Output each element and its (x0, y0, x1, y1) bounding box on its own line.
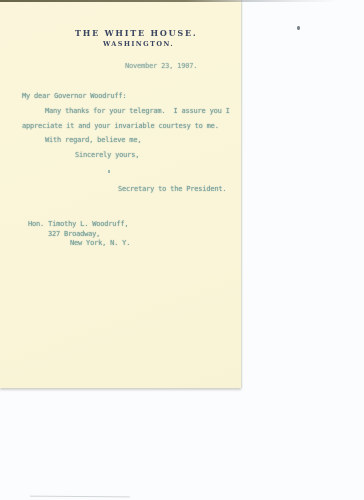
ink-mark (108, 170, 110, 173)
letter-paper (0, 0, 241, 388)
scanner-edge-artifact (0, 0, 338, 2)
letter-body-line: appreciate it and your invariable courte… (22, 122, 219, 130)
recipient-name: Hon. Timothy L. Woodruff, (28, 220, 128, 228)
scan-speck (297, 26, 300, 30)
recipient-city: New York, N. Y. (70, 239, 130, 247)
letter-salutation: My dear Governor Woodruff: (22, 92, 126, 100)
letter-body-line: With regard, believe me, (45, 136, 141, 144)
letter-body-line: Many thanks for your telegram. I assure … (45, 107, 230, 115)
scan-bottom-line (30, 496, 130, 498)
recipient-street: 327 Broadway, (48, 230, 100, 238)
signature-title: Secretary to the President. (118, 185, 226, 193)
letter-closing: Sincerely yours, (75, 151, 139, 159)
letter-date: November 23, 1907. (125, 62, 197, 70)
letterhead-city: WASHINGTON. (103, 40, 174, 48)
letterhead-title: THE WHITE HOUSE. (75, 28, 197, 38)
scanned-letter-page: THE WHITE HOUSE. WASHINGTON. November 23… (0, 0, 364, 500)
